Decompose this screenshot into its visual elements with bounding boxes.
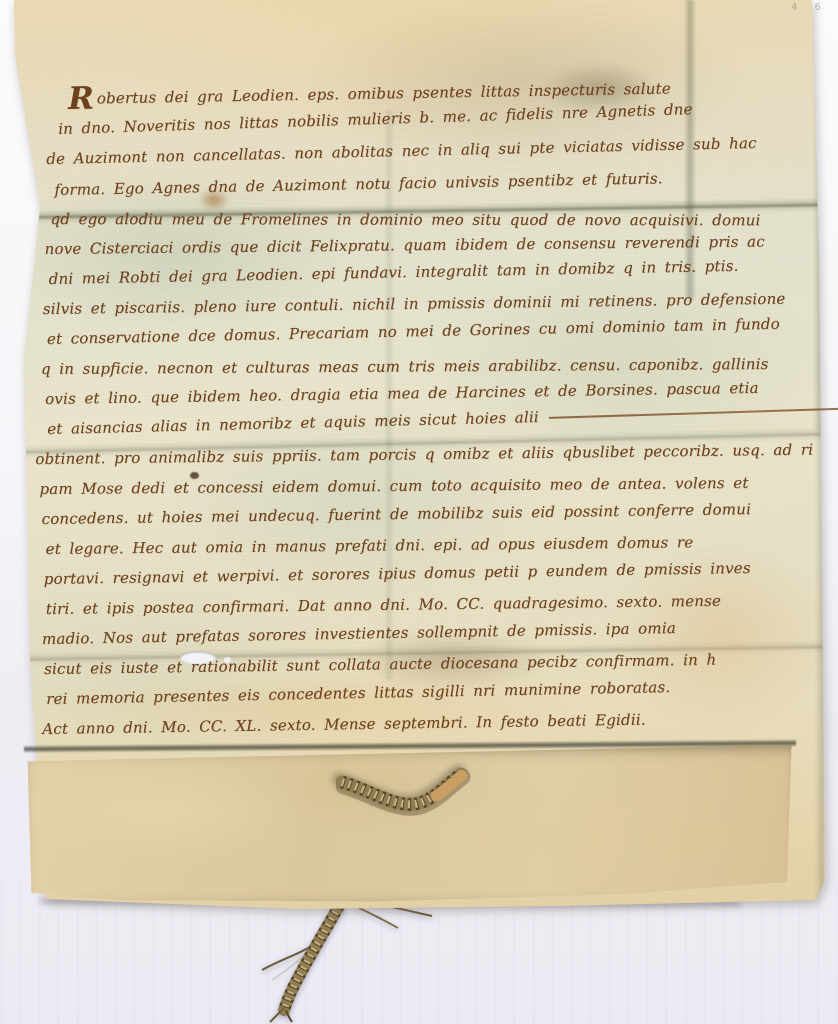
left-edge-shadow [12,150,23,720]
right-edge-shadow [813,0,826,430]
decorated-initial: R [68,81,94,117]
manuscript-line-text: concedens. ut hoies mei undecuq. fuerint… [41,500,751,528]
manuscript-line-text: pam Mose dedi et concessi eidem domui. c… [39,474,748,498]
manuscript-line-text: forma. Ego Agnes dna de Auzimont notu fa… [54,169,663,199]
manuscript-line-text: Act anno dni. Mo. CC. XL. sexto. Mense s… [42,711,646,738]
manuscript-line-text: et legare. Hec aut omia in manus prefati… [46,533,694,558]
archival-folio-mark: 4 6 [791,2,828,13]
manuscript-line-text: et aisancias alias in nemoribz et aquis … [47,408,539,438]
seal-cord-on-plica [336,766,471,820]
manuscript-line-text: qd ego alodiu meu de Fromelines in domin… [50,210,760,229]
manuscript-line-text: madio. Nos aut prefatas sorores investie… [42,619,676,648]
scanned-charter-page: Robertus dei gra Leodien. eps. omibus ps… [0,0,838,1024]
manuscript-line-text: portavi. resignavi et werpivi. et sorore… [44,559,751,588]
charter-text: Robertus dei gra Leodien. eps. omibus ps… [56,81,782,744]
manuscript-line-text: rei memoria presentes eis concedentes li… [46,678,670,708]
manuscript-line-text: obtinent. pro animalibz suis ppriis. tam… [35,441,813,469]
right-edge-shadow-lower [815,430,824,900]
manuscript-line-text: dni mei Robti dei gra Leodien. epi funda… [49,257,739,288]
